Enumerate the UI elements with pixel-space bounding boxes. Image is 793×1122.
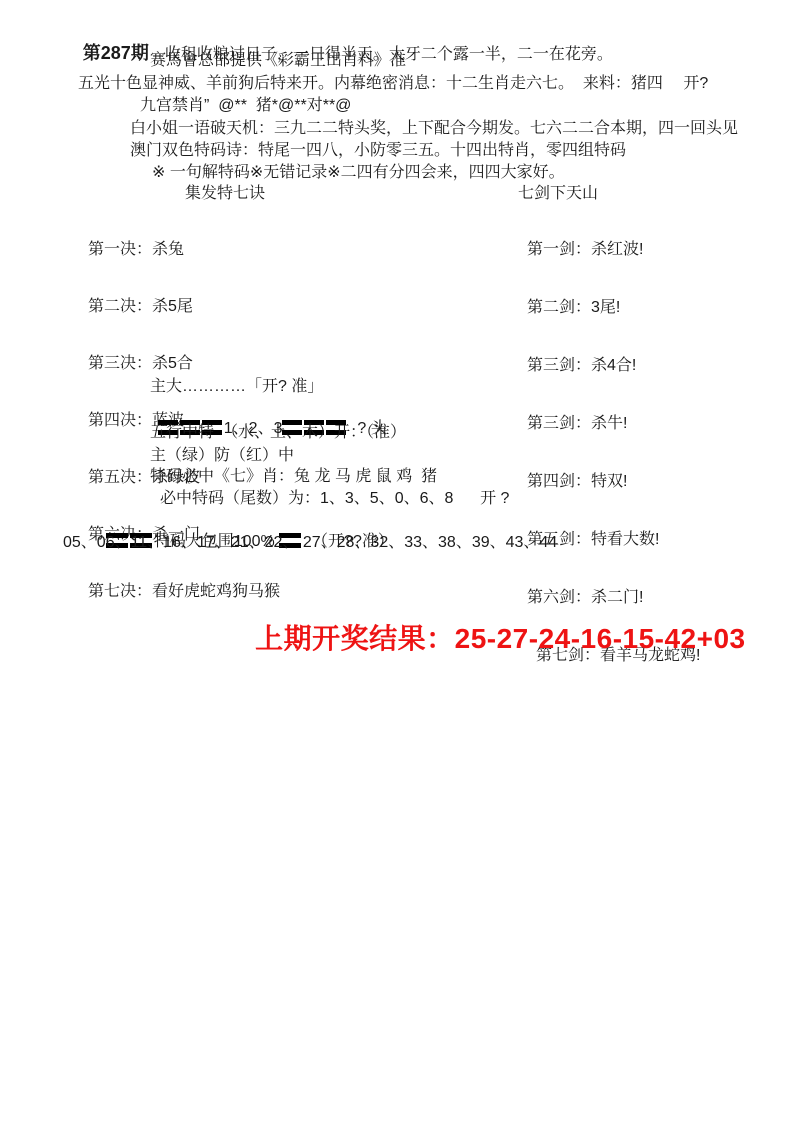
issue-number: 第287期 bbox=[83, 43, 149, 63]
provider-line: 赛馬會总部提供《彩霸王出肖料》准 bbox=[150, 51, 406, 71]
right-tip-row: 第二剑：3尾! bbox=[527, 297, 700, 319]
surround-numbers-line: 05、06、11、16、17、21、22、 27、28、32、33、38、39、… bbox=[63, 533, 557, 553]
previous-result: 上期开奖结果：25-27-24-16-15-42+03 bbox=[222, 585, 746, 689]
secret-message-line: 五光十色显神威、羊前狗后特来开。内幕绝密消息：十二生肖走六七。 来料：猪四 开? bbox=[78, 74, 708, 94]
left-tip-row: 第三决：杀5合 bbox=[88, 353, 280, 374]
decode-line: ※ 一句解特码※无错记录※二四有分四会来，四四大家好。 bbox=[152, 163, 565, 183]
right-tip-row: 第一剑：杀红波! bbox=[527, 239, 700, 261]
color-guard-line: 主（绿）防（红）中 bbox=[150, 446, 294, 466]
left-column-title: 集发特七诀 bbox=[185, 184, 265, 204]
zhuda-line: 主大…………「开? 准」 bbox=[150, 377, 323, 397]
baixiaojie-line: 白小姐一语破天机：三九二二特头奖，上下配合今期发。七六二二合本期，四一回头见 bbox=[130, 119, 738, 139]
left-tip-row: 第一决：杀兔 bbox=[88, 239, 280, 260]
lottery-tip-sheet-page: 第287期收租收粮过日子，一日得半天。大牙二个露一半，二一在花旁。 赛馬會总部提… bbox=[0, 0, 793, 1122]
right-tip-row: 第三剑：杀牛! bbox=[527, 413, 700, 435]
right-tip-row: 第三剑：杀4合! bbox=[527, 355, 700, 377]
jiugong-line: 九宫禁肖” @** 猪*@**对**@ bbox=[140, 96, 351, 116]
tail-numbers-line: 必中特码（尾数）为：1、3、5、0、6、8 开 ? bbox=[160, 489, 509, 509]
previous-result-numbers: 25-27-24-16-15-42+03 bbox=[455, 623, 746, 654]
seven-zodiac-line: 特码必中《七》肖：兔 龙 马 虎 鼠 鸡 猪 bbox=[150, 467, 437, 487]
five-elements-line: 五行中特 （水、土、木）开：（准） bbox=[150, 423, 406, 443]
left-tip-row: 第二决：杀5尾 bbox=[88, 296, 280, 317]
previous-result-label: 上期开奖结果： bbox=[255, 623, 455, 654]
macau-poem-line: 澳门双色特码诗：特尾一四八，小防零三五。十四出特肖，零四组特码 bbox=[130, 141, 626, 161]
right-column-title: 七剑下天山 bbox=[518, 184, 598, 204]
right-tip-row: 第四剑：特双! bbox=[527, 471, 700, 493]
